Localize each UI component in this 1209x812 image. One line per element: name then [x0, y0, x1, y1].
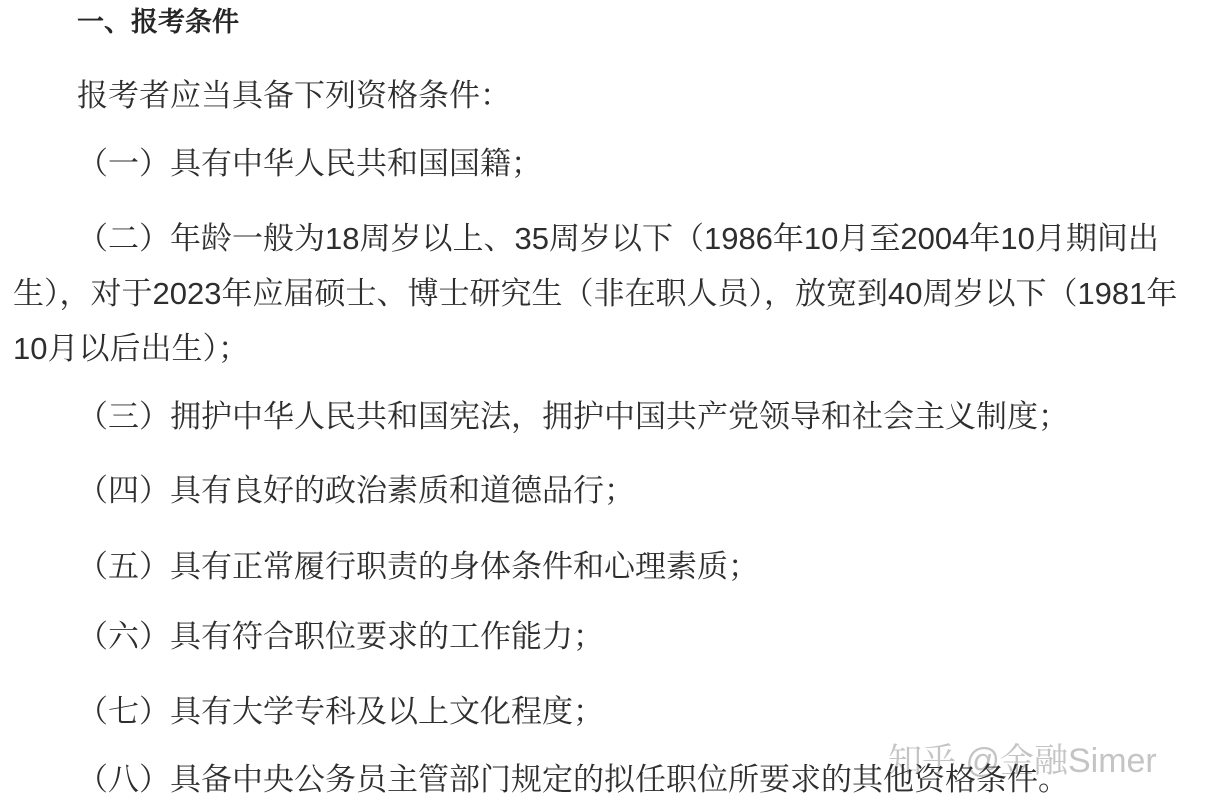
requirement-item-5: （五）具有正常履行职责的身体条件和心理素质； — [13, 539, 1209, 594]
requirement-item-8-line-1: （八）具备中央公务员主管部门规定的拟任职位所要求的其他资格条件。 — [13, 752, 1209, 807]
intro-text: 报考者应当具备下列资格条件： — [13, 68, 1209, 123]
requirement-item-2-line-3: 10月以后出生）； — [13, 321, 1209, 376]
requirement-item-5-line-1: （五）具有正常履行职责的身体条件和心理素质； — [13, 539, 1209, 594]
requirement-item-6-line-1: （六）具有符合职位要求的工作能力； — [13, 609, 1209, 664]
requirement-item-3-line-1: （三）拥护中华人民共和国宪法，拥护中国共产党领导和社会主义制度； — [13, 389, 1209, 444]
requirement-item-2: （二）年龄一般为18周岁以上、35周岁以下（1986年10月至2004年10月期… — [13, 211, 1209, 376]
requirement-item-7: （七）具有大学专科及以上文化程度； — [13, 684, 1209, 739]
requirement-item-2-line-2: 生），对于2023年应届硕士、博士研究生（非在职人员），放宽到40周岁以下（19… — [13, 266, 1209, 321]
requirement-item-4-line-1: （四）具有良好的政治素质和道德品行； — [13, 463, 1209, 518]
requirement-item-1: （一）具有中华人民共和国国籍； — [13, 136, 1209, 191]
page: 知乎 @金融Simer 一、报考条件 报考者应当具备下列资格条件： （一）具有中… — [0, 0, 1209, 812]
requirement-item-2-line-1: （二）年龄一般为18周岁以上、35周岁以下（1986年10月至2004年10月期… — [13, 211, 1209, 266]
section-heading: 一、报考条件 — [13, 0, 1209, 44]
requirement-item-6: （六）具有符合职位要求的工作能力； — [13, 609, 1209, 664]
intro-paragraph: 报考者应当具备下列资格条件： — [13, 68, 1209, 123]
requirement-item-1-line-1: （一）具有中华人民共和国国籍； — [13, 136, 1209, 191]
requirement-item-8: （八）具备中央公务员主管部门规定的拟任职位所要求的其他资格条件。 — [13, 752, 1209, 807]
requirement-item-3: （三）拥护中华人民共和国宪法，拥护中国共产党领导和社会主义制度； — [13, 389, 1209, 444]
requirement-item-7-line-1: （七）具有大学专科及以上文化程度； — [13, 684, 1209, 739]
section-heading-text: 一、报考条件 — [13, 0, 1209, 44]
requirement-item-4: （四）具有良好的政治素质和道德品行； — [13, 463, 1209, 518]
